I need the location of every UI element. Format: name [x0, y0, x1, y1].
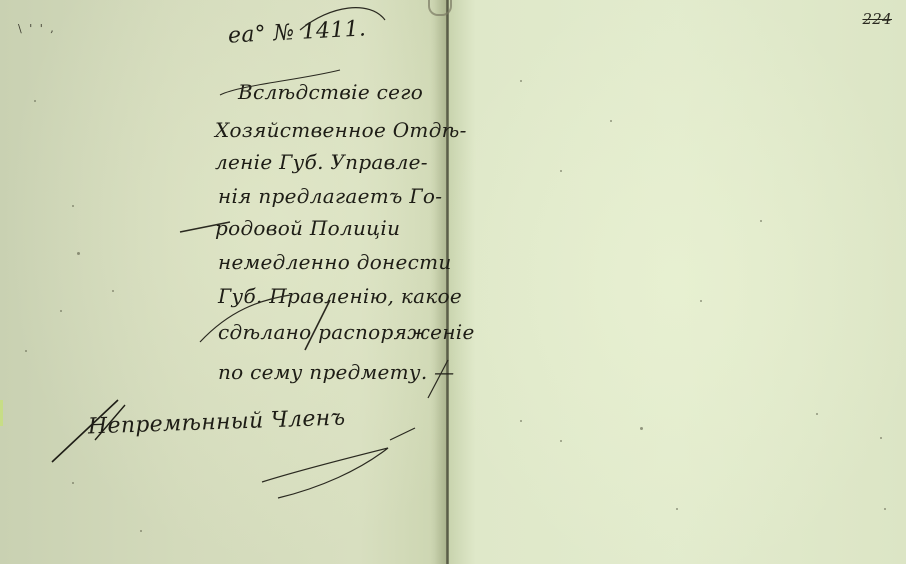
speck	[112, 290, 114, 292]
speck	[140, 530, 142, 532]
corner-mark: \ ' ' ,	[18, 22, 56, 35]
speck	[560, 440, 562, 442]
speck	[560, 170, 562, 172]
speck	[676, 508, 678, 510]
page-gutter	[446, 0, 449, 564]
speck	[520, 80, 522, 82]
document-spread: \ ' ' , ea° № 1411. 224 Вслѣдствіе сего …	[0, 0, 906, 564]
body-line-9: по сему предмету. —	[218, 360, 454, 384]
speck	[72, 482, 74, 484]
speck	[760, 220, 762, 222]
gutter-shadow	[430, 0, 446, 564]
right-page	[448, 0, 906, 564]
speck	[700, 300, 702, 302]
speck	[25, 350, 27, 352]
margin-stripe	[0, 400, 3, 426]
speck	[77, 252, 80, 255]
binding-clip-icon	[428, 0, 452, 16]
speck	[640, 427, 643, 430]
body-line-5: родовой Полиціи	[215, 216, 400, 240]
body-line-1: Вслѣдствіе сего	[238, 80, 423, 104]
speck	[610, 120, 612, 122]
speck	[72, 205, 74, 207]
speck	[60, 310, 62, 312]
speck	[884, 508, 886, 510]
speck	[520, 420, 522, 422]
body-line-7: Губ. Правленію, какое	[218, 284, 462, 308]
body-line-4: нія предлагаетъ Го-	[218, 184, 442, 208]
body-line-2: Хозяйственное Отдѣ-	[215, 118, 467, 142]
body-line-3: леніе Губ. Управле-	[215, 150, 428, 174]
speck	[880, 437, 882, 439]
folio-number: 224	[862, 10, 892, 28]
body-line-8: сдѣлано распоряженіе	[218, 320, 475, 344]
speck	[34, 100, 36, 102]
speck	[816, 413, 818, 415]
body-line-6: немедленно донести	[218, 250, 452, 274]
